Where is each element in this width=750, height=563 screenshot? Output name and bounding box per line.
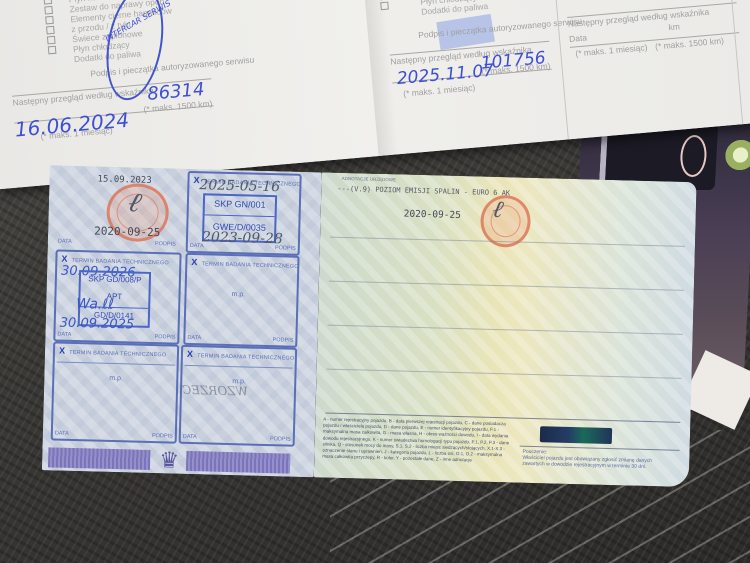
handwritten-date-bottom: 2023-09-28 bbox=[202, 229, 283, 247]
date-label: DATA bbox=[58, 238, 72, 244]
inspection-box-1: 15.09.2023 ℓ 2020-09-25 DATA PODPIS bbox=[56, 171, 180, 249]
date-label: Data bbox=[569, 32, 588, 44]
signature-label: PODPIS bbox=[272, 337, 293, 344]
inspection-box-5: XTERMIN BADANIA TECHNICZNEGO m.p. DATA P… bbox=[51, 341, 180, 443]
handwritten-date: 16.06.2024 bbox=[14, 108, 130, 142]
km-label: km bbox=[668, 21, 680, 32]
date-label: DATA bbox=[187, 335, 201, 341]
rule-line bbox=[328, 325, 683, 335]
checklist-right-checkboxes bbox=[377, 0, 396, 10]
checklist-left-checkboxes bbox=[42, 0, 65, 54]
signature-label: PODPIS bbox=[155, 334, 176, 341]
flower-bouquet bbox=[720, 140, 750, 170]
mp-label: m.p. bbox=[231, 291, 245, 298]
box-header: XTERMIN BADANIA TECHNICZNEGO bbox=[59, 346, 167, 359]
signature-label: PODPIS bbox=[275, 245, 296, 252]
rule-line bbox=[327, 369, 682, 379]
checkbox bbox=[380, 1, 389, 10]
hologram-security-strip bbox=[540, 426, 612, 444]
page-divider bbox=[722, 0, 743, 124]
vehicle-registration-document: 15.09.2023 ℓ 2020-09-25 DATA PODPIS XTER… bbox=[32, 160, 705, 495]
station-code: SKP GN/001 bbox=[205, 198, 275, 210]
registration-right-page: ADNOTACJE URZĘDOWE ---(V.9) POZIOM EMISJ… bbox=[314, 172, 697, 487]
date-label: DATA bbox=[190, 243, 204, 249]
rule-line bbox=[57, 362, 175, 366]
date-label: DATA bbox=[55, 430, 69, 436]
field-legend: A - numer rejestracyjny pojazdu, B - dat… bbox=[322, 417, 513, 465]
polish-eagle-icon: ♛ bbox=[156, 447, 183, 474]
signature-label: PODPIS bbox=[152, 433, 173, 440]
printed-date: 2020-09-25 bbox=[94, 224, 161, 239]
show-through-text: WZORZEC bbox=[182, 383, 248, 399]
inspection-box-2: XTERMIN BADANIA TECHNICZNEGO 2025-05-16 … bbox=[186, 171, 302, 256]
notes-text: Właściciel pojazdu jest obowiązany zgłos… bbox=[522, 455, 672, 471]
handwritten-date-bottom: 30.09.2025 bbox=[60, 316, 135, 333]
signature-label: PODPIS bbox=[270, 436, 291, 443]
station-code: SKP GD/008/P bbox=[81, 274, 149, 285]
official-notes-header: ADNOTACJE URZĘDOWE bbox=[342, 176, 397, 182]
mp-label: m.p. bbox=[109, 375, 123, 382]
checklist-right: Elementy cierne hamulców z przodu / z ty… bbox=[417, 0, 523, 17]
box-header: XTERMIN BADANIA TECHNICZNEGO bbox=[187, 349, 295, 362]
inspection-box-3: XTERMIN BADANIA TECHNICZNEGO 30.09.2026 … bbox=[53, 249, 181, 344]
inspection-box-6: XTERMIN BADANIA TECHNICZNEGO m.p. WZORZE… bbox=[179, 345, 298, 447]
emission-level-line: ---(V.9) POZIOM EMISJI SPALIN - EURO 6 A… bbox=[337, 185, 510, 198]
date-label: DATA bbox=[57, 332, 71, 338]
signature: Wa.ℓℓ bbox=[76, 296, 114, 313]
date-label: DATA bbox=[183, 434, 197, 440]
checkbox bbox=[48, 45, 57, 54]
security-band-left bbox=[48, 447, 150, 470]
notes-section: Pouczenie: Właściciel pojazdu jest obowi… bbox=[522, 449, 672, 471]
security-band-right bbox=[186, 451, 290, 474]
handwritten-date: 2025.11.07 bbox=[396, 61, 495, 89]
box-header: XTERMIN BADANIA TECHNICZNEGO bbox=[191, 257, 299, 270]
signature-label: PODPIS bbox=[155, 241, 176, 248]
rule-line bbox=[185, 365, 293, 369]
inspection-box-4: XTERMIN BADANIA TECHNICZNEGO m.p. DATA P… bbox=[183, 253, 299, 348]
registration-left-page: 15.09.2023 ℓ 2020-09-25 DATA PODPIS XTER… bbox=[42, 165, 322, 477]
emission-date: 2020-09-25 bbox=[404, 209, 461, 221]
rule-line bbox=[329, 281, 684, 291]
